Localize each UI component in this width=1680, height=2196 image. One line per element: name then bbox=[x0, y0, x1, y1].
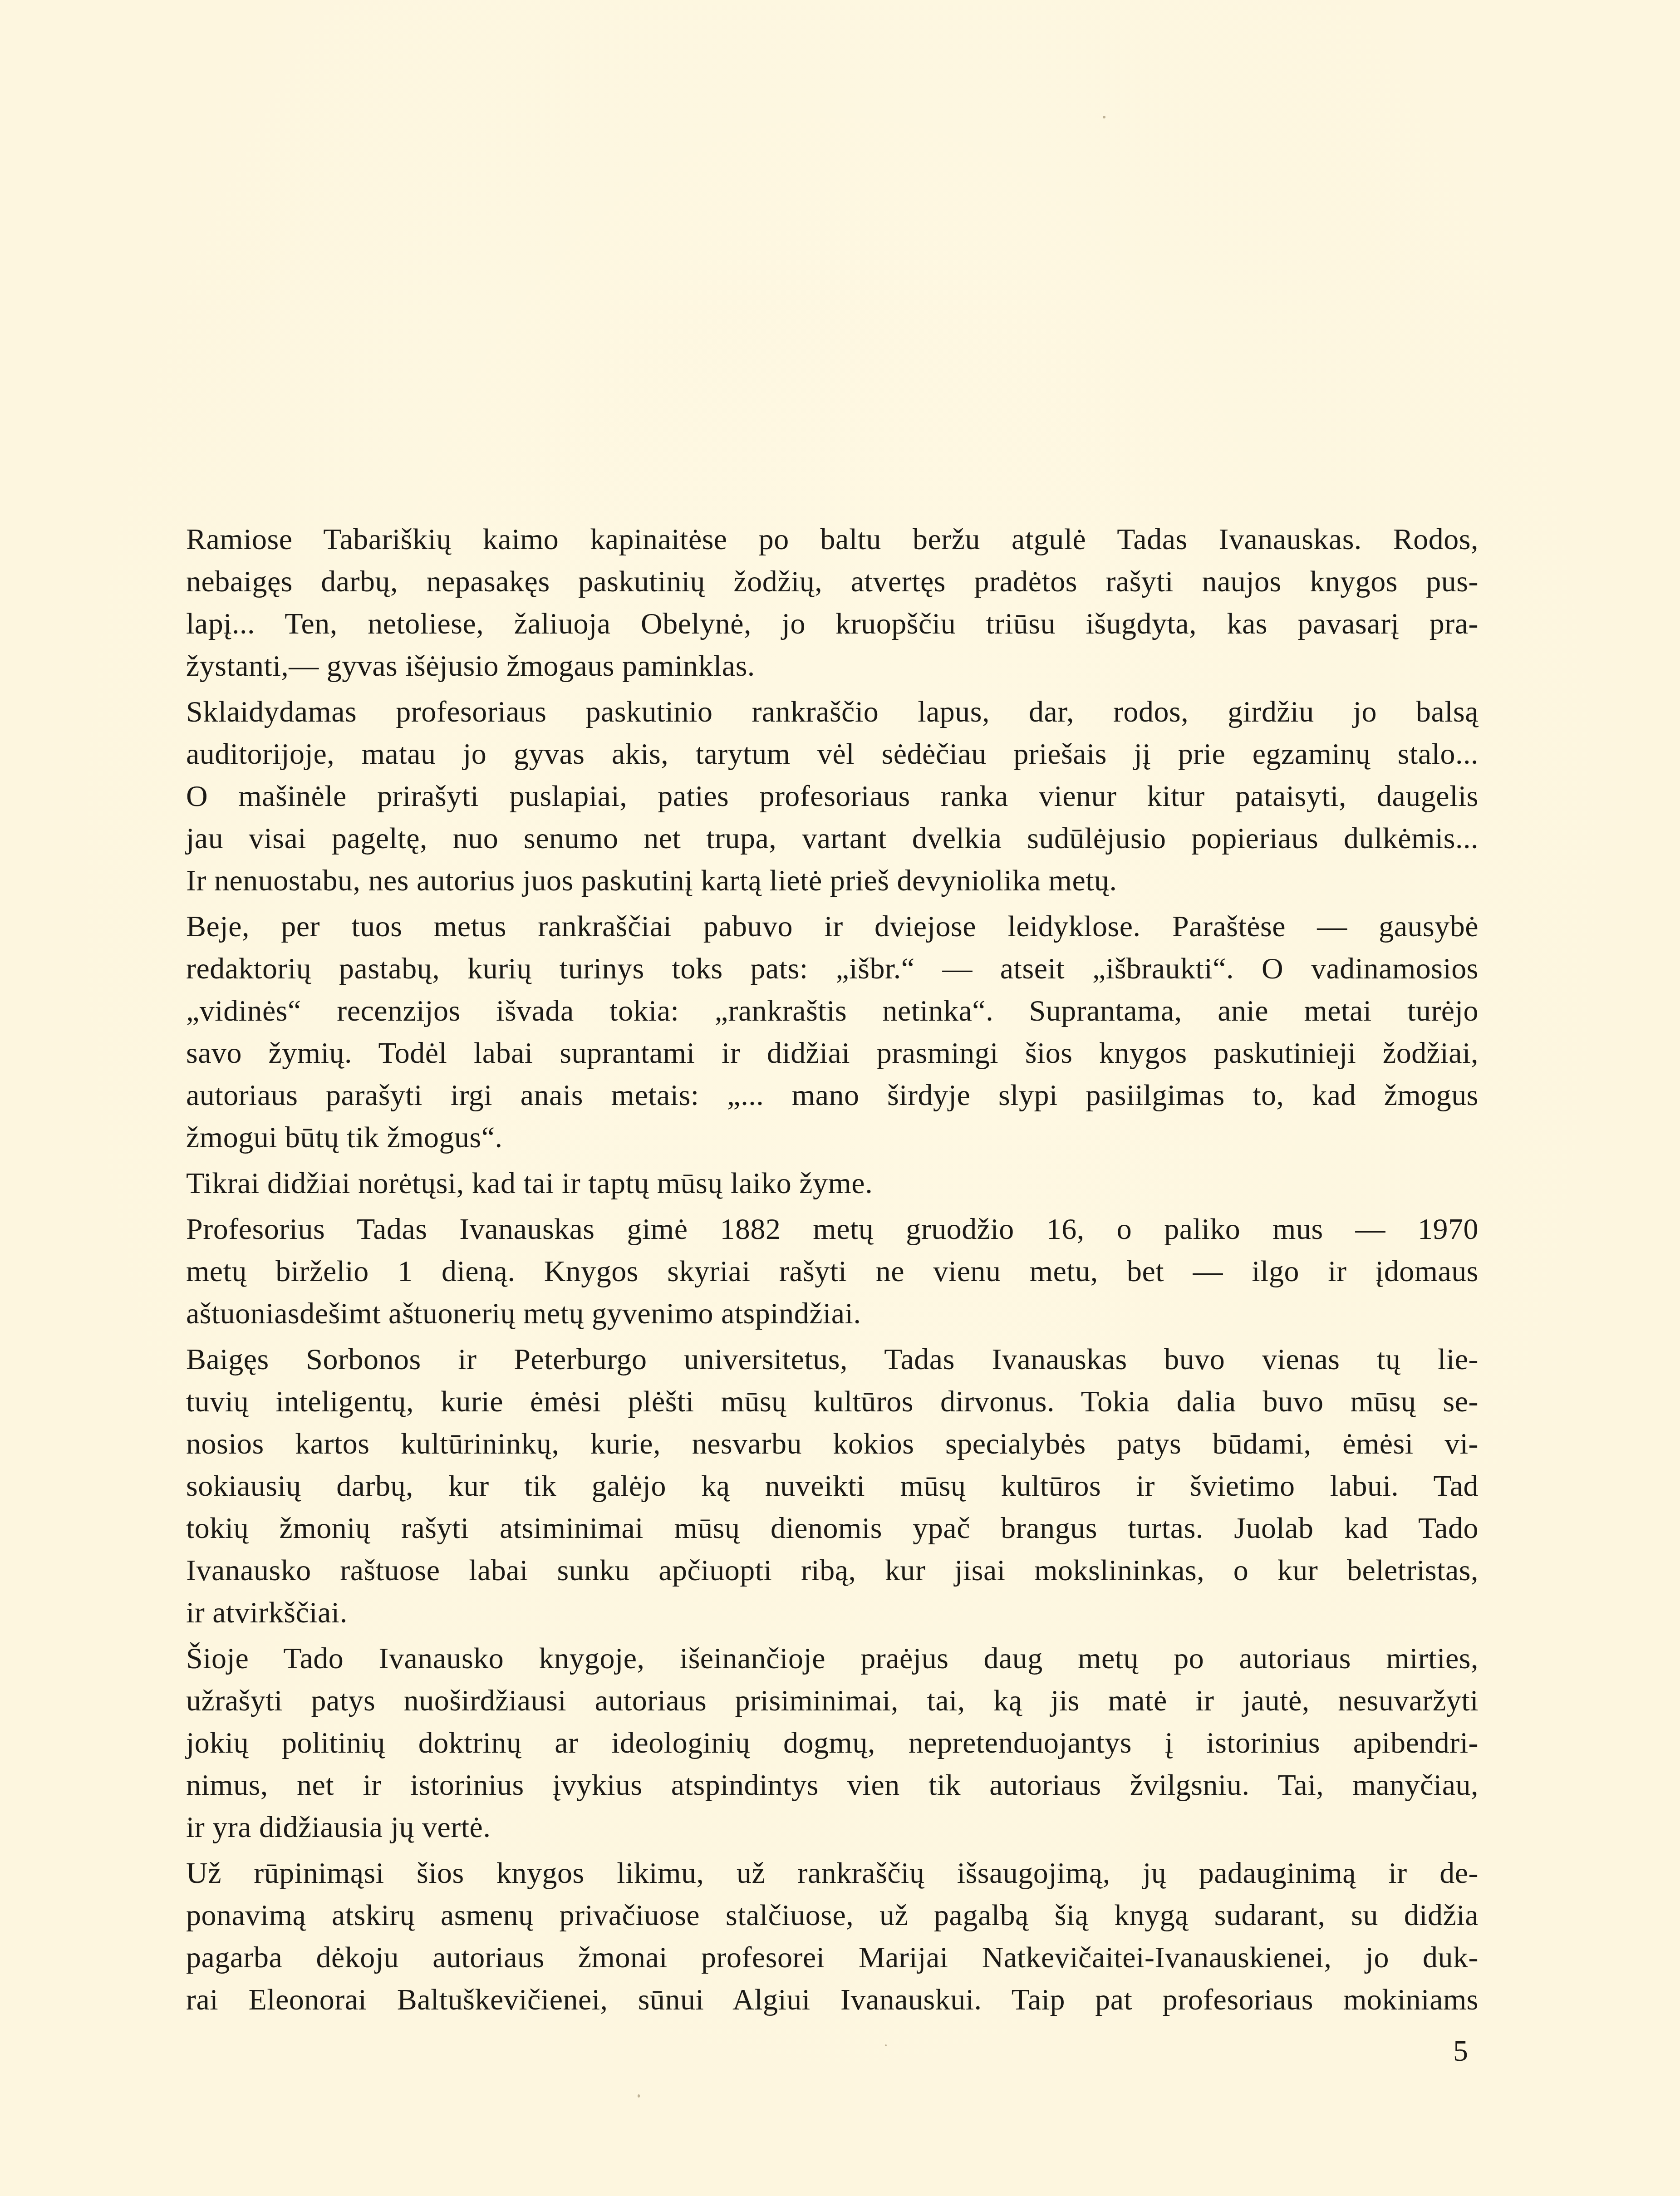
text-line: nebaigęs darbų, nepasakęs paskutinių žod… bbox=[186, 560, 1479, 603]
text-line: tokių žmonių rašyti atsiminimai mūsų die… bbox=[186, 1507, 1479, 1549]
page-number: 5 bbox=[1453, 2033, 1468, 2069]
text-line: Baigęs Sorbonos ir Peterburgo universite… bbox=[186, 1338, 1479, 1380]
paper-speck bbox=[1103, 116, 1105, 118]
text-line: sokiausių darbų, kur tik galėjo ką nuvei… bbox=[186, 1465, 1479, 1507]
text-line: pagarba dėkoju autoriaus žmonai profesor… bbox=[186, 1936, 1479, 1979]
text-line: žystanti,— gyvas išėjusio žmogaus pamink… bbox=[186, 645, 1479, 687]
text-line: Tikrai didžiai norėtųsi, kad tai ir tapt… bbox=[186, 1162, 1479, 1204]
paragraph: Profesorius Tadas Ivanauskas gimė 1882 m… bbox=[186, 1208, 1479, 1335]
book-page: Ramiose Tabariškių kaimo kapinaitėse po … bbox=[0, 0, 1680, 2196]
text-line: Ivanausko raštuose labai sunku apčiuopti… bbox=[186, 1549, 1479, 1592]
text-line: Beje, per tuos metus rankraščiai pabuvo … bbox=[186, 905, 1479, 948]
text-line: nosios kartos kultūrininkų, kurie, nesva… bbox=[186, 1423, 1479, 1465]
text-line: auditorijoje, matau jo gyvas akis, taryt… bbox=[186, 733, 1479, 775]
paragraph: Beje, per tuos metus rankraščiai pabuvo … bbox=[186, 905, 1479, 1159]
text-line: Už rūpinimąsi šios knygos likimu, už ran… bbox=[186, 1852, 1479, 1894]
text-line: aštuoniasdešimt aštuonerių metų gyvenimo… bbox=[186, 1292, 1479, 1335]
text-line: Ir nenuostabu, nes autorius juos paskuti… bbox=[186, 860, 1479, 902]
paragraph: Už rūpinimąsi šios knygos likimu, už ran… bbox=[186, 1852, 1479, 2021]
paper-speck bbox=[638, 2094, 640, 2098]
text-line: ir atvirkščiai. bbox=[186, 1592, 1479, 1634]
text-line: autoriaus parašyti irgi anais metais: „.… bbox=[186, 1074, 1479, 1116]
text-line: savo žymių. Todėl labai suprantami ir di… bbox=[186, 1032, 1479, 1074]
text-line: redaktorių pastabų, kurių turinys toks p… bbox=[186, 948, 1479, 990]
text-line: rai Eleonorai Baltuškevičienei, sūnui Al… bbox=[186, 1979, 1479, 2021]
paragraph: Šioje Tado Ivanausko knygoje, išeinančio… bbox=[186, 1637, 1479, 1848]
text-line: lapį... Ten, netoliese, žaliuoja Obelynė… bbox=[186, 603, 1479, 645]
text-line: tuvių inteligentų, kurie ėmėsi plėšti mū… bbox=[186, 1380, 1479, 1423]
text-line: Sklaidydamas profesoriaus paskutinio ran… bbox=[186, 691, 1479, 733]
body-text: Ramiose Tabariškių kaimo kapinaitėse po … bbox=[186, 518, 1479, 2024]
paragraph: Sklaidydamas profesoriaus paskutinio ran… bbox=[186, 691, 1479, 902]
paragraph: Baigęs Sorbonos ir Peterburgo universite… bbox=[186, 1338, 1479, 1634]
paper-speck bbox=[885, 2044, 887, 2046]
paragraph: Tikrai didžiai norėtųsi, kad tai ir tapt… bbox=[186, 1162, 1479, 1204]
text-line: O mašinėle prirašyti puslapiai, paties p… bbox=[186, 775, 1479, 817]
text-line: jau visai pageltę, nuo senumo net trupa,… bbox=[186, 817, 1479, 860]
text-line: žmogui būtų tik žmogus“. bbox=[186, 1116, 1479, 1159]
paragraph: Ramiose Tabariškių kaimo kapinaitėse po … bbox=[186, 518, 1479, 687]
text-line: ir yra didžiausia jų vertė. bbox=[186, 1806, 1479, 1848]
text-line: „vidinės“ recenzijos išvada tokia: „rank… bbox=[186, 990, 1479, 1032]
text-line: jokių politinių doktrinų ar ideologinių … bbox=[186, 1722, 1479, 1764]
text-line: Profesorius Tadas Ivanauskas gimė 1882 m… bbox=[186, 1208, 1479, 1250]
text-line: užrašyti patys nuoširdžiausi autoriaus p… bbox=[186, 1680, 1479, 1722]
text-line: nimus, net ir istorinius įvykius atspind… bbox=[186, 1764, 1479, 1806]
text-line: Ramiose Tabariškių kaimo kapinaitėse po … bbox=[186, 518, 1479, 560]
text-line: metų birželio 1 dieną. Knygos skyriai ra… bbox=[186, 1250, 1479, 1292]
text-line: ponavimą atskirų asmenų privačiuose stal… bbox=[186, 1894, 1479, 1936]
text-line: Šioje Tado Ivanausko knygoje, išeinančio… bbox=[186, 1637, 1479, 1680]
